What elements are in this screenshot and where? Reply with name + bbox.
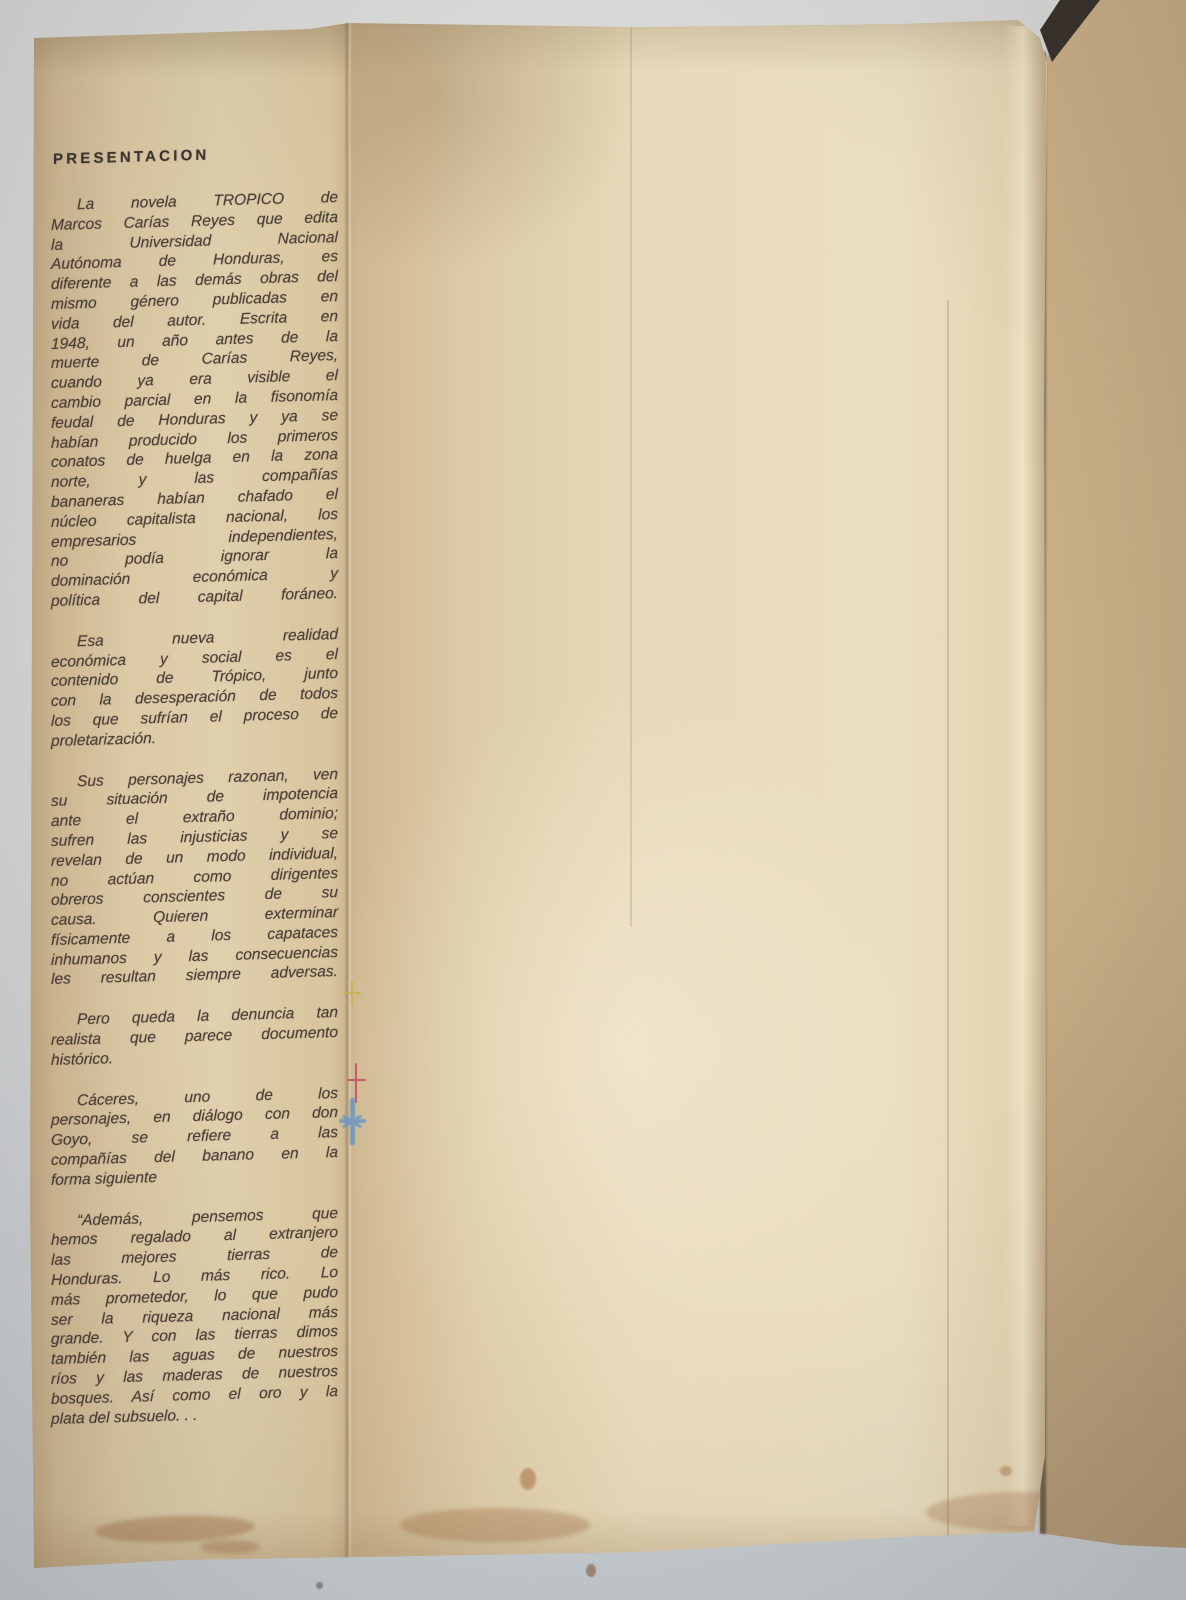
flap-fold-line [344,0,352,1600]
flap-paragraph: Sus personajes razonan, vensu situación … [51,764,338,990]
stain [316,1582,323,1589]
flap-paragraph: Pero queda la denuncia tanrealista que p… [51,1003,338,1070]
stain [586,1564,596,1577]
dust-jacket-sheet: PRESENTACION La novela TROPICO deMarcos … [0,0,1186,1600]
flap-paragraph: La novela TROPICO deMarcos Carías Reyes … [51,188,338,612]
stain [200,1540,260,1554]
flap-text-block: PRESENTACION La novela TROPICO deMarcos … [51,142,338,1429]
stain [400,1508,590,1542]
paper-crease [630,27,632,927]
book-photo-scene: PRESENTACION La novela TROPICO deMarcos … [0,0,1186,1600]
flap-paragraph: Esa nueva realidadeconómica y social es … [51,625,338,752]
stain [520,1468,536,1490]
flap-paragraphs: La novela TROPICO deMarcos Carías Reyes … [51,188,338,1429]
stain [1000,1466,1012,1476]
flap-paragraph: Cáceres, uno de lospersonajes, en diálog… [51,1084,338,1191]
paper-crease [947,300,949,1540]
flap-paragraph: “Además, pensemos quehemos regalado al e… [51,1204,338,1430]
page-right-edge [1004,26,1046,1526]
